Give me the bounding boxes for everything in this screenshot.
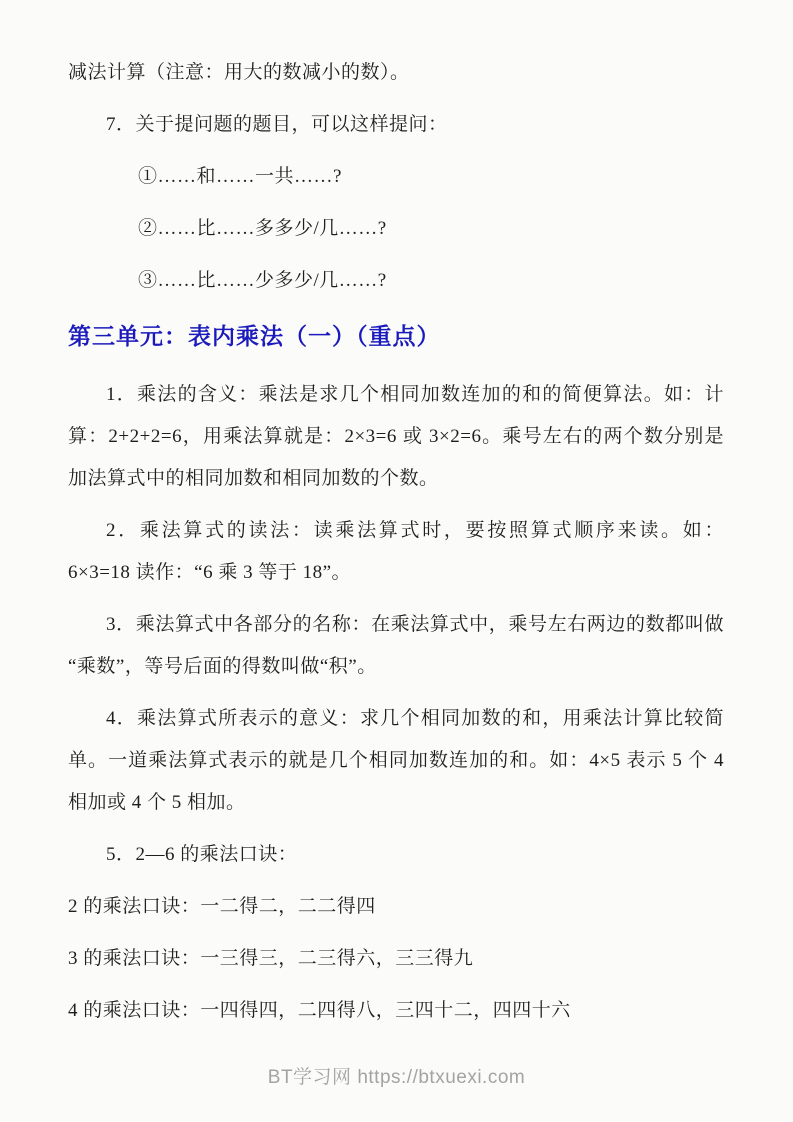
koujue-line-4: 4 的乘法口诀：一四得四，二四得八，三四十二，四四十六 bbox=[68, 990, 724, 1032]
question-pattern-2: ②……比……多多少/几……? bbox=[68, 208, 724, 250]
question-pattern-1: ①……和……一共……? bbox=[68, 156, 724, 198]
para-part-names: 3．乘法算式中各部分的名称：在乘法算式中，乘号左右两边的数都叫做“乘数”，等号后… bbox=[68, 604, 724, 688]
koujue-line-2: 2 的乘法口诀：一二得二，二二得四 bbox=[68, 886, 724, 928]
watermark-site-link: BT学习网 https://btxuexi.com bbox=[0, 1062, 793, 1089]
para-koujue-intro: 5．2—6 的乘法口诀： bbox=[68, 834, 724, 876]
document-page: 减法计算（注意：用大的数减小的数）。 7．关于提问题的题目，可以这样提问： ①…… bbox=[0, 0, 793, 1122]
carryover-line: 减法计算（注意：用大的数减小的数）。 bbox=[68, 52, 724, 94]
para-reading-method: 2．乘法算式的读法：读乘法算式时，要按照算式顺序来读。如：6×3=18 读作：“… bbox=[68, 510, 724, 594]
para-multiplication-meaning: 1．乘法的含义：乘法是求几个相同加数连加的和的简便算法。如：计算：2+2+2=6… bbox=[68, 374, 724, 500]
question-pattern-3: ③……比……少多少/几……? bbox=[68, 260, 724, 302]
para-expression-meaning: 4．乘法算式所表示的意义：求几个相同加数的和，用乘法计算比较简单。一道乘法算式表… bbox=[68, 698, 724, 824]
section-heading-unit3: 第三单元：表内乘法（一）（重点） bbox=[68, 312, 724, 360]
item-7-line: 7．关于提问题的题目，可以这样提问： bbox=[68, 104, 724, 146]
koujue-line-3: 3 的乘法口诀：一三得三，二三得六，三三得九 bbox=[68, 938, 724, 980]
